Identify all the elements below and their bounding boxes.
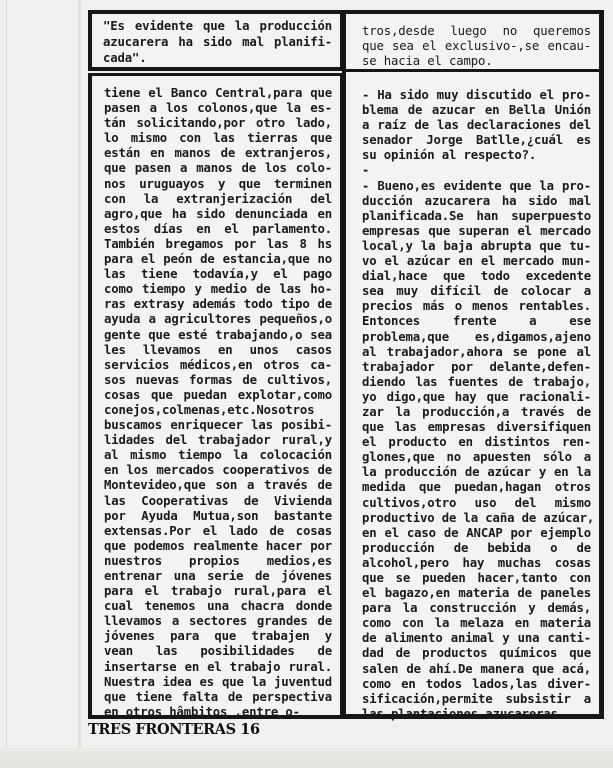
text-line: sos nuevas formas de cultivos, — [104, 373, 332, 388]
text-line: que pasen a manos de los colo- — [104, 161, 332, 176]
text-line: para la construcción y demás, — [362, 601, 591, 616]
interview-answer: - Bueno,es evidente que la pro-ducción a… — [362, 179, 591, 722]
text-line: están en manos de extranjeros, — [104, 146, 332, 161]
gutter-shadow — [78, 0, 81, 768]
text-line: que las empresas diversifiquen — [362, 420, 591, 435]
text-line: dial,hace que todo excedente — [362, 269, 591, 284]
text-line: Nuestra idea es que la juventud — [104, 675, 332, 690]
interview-question: - Ha sido muy discutido el pro-blema de … — [362, 88, 591, 163]
pull-quote-box: "Es evidente que la producciónazucarera … — [88, 10, 344, 71]
text-line: zar la producción,a través de — [362, 405, 591, 420]
text-line: cultivos,otro uso del mismo — [362, 496, 591, 511]
text-line: para el peón de estancia,que no — [104, 252, 332, 267]
text-line: gente que esté trabajando,o sea — [104, 328, 332, 343]
text-line: empresas que superan el mercado — [362, 224, 591, 239]
pull-quote-text: "Es evidente que la producciónazucarera … — [103, 18, 332, 66]
text-line: azucarera ha sido mal planifi- — [103, 34, 332, 50]
text-line: como tiempo y medio de las ho- — [104, 282, 332, 297]
text-line: a raíz de las declaraciones del — [362, 118, 591, 133]
left-column-box: tiene el Banco Central,para quepasen a l… — [88, 73, 344, 719]
text-line: lo mismo con las tierras que — [104, 131, 332, 146]
text-line: nos uruguayos y que terminen — [104, 177, 332, 192]
page-edge — [6, 0, 7, 768]
text-line: planificada.Se han superpuesto — [362, 209, 591, 224]
text-line: en el caso de ANCAP por ejemplo — [362, 526, 591, 541]
text-line: glones,que no apuesten sólo a — [362, 450, 591, 465]
text-line: diendo las fuentes de trabajo, — [362, 375, 591, 390]
text-line: conejos,colmenas,etc.Nosotros — [104, 403, 332, 418]
text-line: que se pueden hacer,tanto con — [362, 571, 591, 586]
text-line: - Bueno,es evidente que la pro- — [362, 179, 591, 194]
text-line: ducción azucarera ha sido mal — [362, 194, 591, 209]
text-line: las Cooperativas de Vivienda — [104, 494, 332, 509]
text-line: medida que puedan,hagan otros — [362, 480, 591, 495]
text-line: entrenar una serie de jóvenes — [104, 569, 332, 584]
text-line: llevamos a sectores grandes de — [104, 614, 332, 629]
text-line: para el trabajo rural,para el — [104, 584, 332, 599]
text-line: en los mercados cooperativos de — [104, 463, 332, 478]
text-line: en otros hâmbitos ,entre o- — [104, 705, 332, 720]
text-line: el bagazo,en materia de paneles — [362, 586, 591, 601]
text-line: cada". — [103, 50, 332, 66]
text-line: nuestros propios medios,es — [104, 554, 332, 569]
bottom-shade — [0, 748, 613, 768]
text-line: sea muy difícil de colocar a — [362, 284, 591, 299]
text-line: estos días en el parlamento. — [104, 222, 332, 237]
text-line: las tiene todavía,y el pago — [104, 267, 332, 282]
text-line: extensas.Por el lado de cosas — [104, 524, 332, 539]
text-line: su opinión al respecto?. — [362, 148, 591, 163]
text-line: alcohol,pero hay muchas cosas — [362, 556, 591, 571]
right-column-box: tros,desde luego no queremosque sea el e… — [342, 10, 604, 719]
text-line: como en todos lados,las diver- — [362, 677, 591, 692]
text-line: agro,que ha sido denunciada en — [104, 207, 332, 222]
text-line: "Es evidente que la producción — [103, 18, 332, 34]
left-column-text: tiene el Banco Central,para quepasen a l… — [104, 86, 332, 720]
text-line: las plantaciones azucareras. — [362, 707, 591, 722]
text-line: Entonces frente a ese — [362, 314, 591, 329]
text-line: se hacia el campo. — [362, 54, 591, 69]
text-line: dad de productos químicos que — [362, 646, 591, 661]
text-line: senador Jorge Batlle,¿cuál es — [362, 133, 591, 148]
text-line: Montevideo,que son a través de — [104, 478, 332, 493]
text-line: que tiene falta de perspectiva — [104, 690, 332, 705]
text-line: el producto en distintos ren- — [362, 435, 591, 450]
text-line: - Ha sido muy discutido el pro- — [362, 88, 591, 103]
text-line: salen de ahí.De manera que acá, — [362, 662, 591, 677]
text-line: al mismo tiempo la colocación — [104, 448, 332, 463]
text-line: vean las posibilidades de — [104, 644, 332, 659]
text-line: yo digo,que hay que racionali- — [362, 390, 591, 405]
text-line: tros,desde luego no queremos — [362, 24, 591, 39]
text-line: jóvenes para que trabajen y — [104, 629, 332, 644]
text-line: como con la melaza en materia — [362, 616, 591, 631]
text-line: producción de bebida o de — [362, 541, 591, 556]
text-line: vo el azúcar en el mercado mun- — [362, 254, 591, 269]
text-line: buscamos enriquecer las posibi- — [104, 418, 332, 433]
right-column-continuation: tros,desde luego no queremosque sea el e… — [346, 14, 599, 72]
separator-dash: - — [362, 163, 591, 178]
text-line: al trabajador,ahora se pone al — [362, 345, 591, 360]
text-line: pasen a los colonos,que la es- — [104, 101, 332, 116]
text-line: insertarse en el trabajo rural. — [104, 660, 332, 675]
text-line: ras extrasy además todo tipo de — [104, 297, 332, 312]
text-line: de alimento animal y una canti- — [362, 631, 591, 646]
text-line: que sea el exclusivo-,se encau- — [362, 39, 591, 54]
text-line: con la extranjerización del — [104, 192, 332, 207]
text-line: local,y la baja abrupta que tu- — [362, 239, 591, 254]
text-line: precios más o menos rentables. — [362, 299, 591, 314]
publication-footer: TRES FRONTERAS 16 — [88, 721, 260, 738]
text-line: la producción de azúcar y en la — [362, 465, 591, 480]
text-line: lidades del trabajador rural,y — [104, 433, 332, 448]
text-line: cual tenemos una chacra donde — [104, 599, 332, 614]
text-line: tiene el Banco Central,para que — [104, 86, 332, 101]
text-line: ayuda a agricultores pequeños,o — [104, 312, 332, 327]
text-line: que podemos realmente hacer por — [104, 539, 332, 554]
text-line: tán solicitando,por otro lado, — [104, 116, 332, 131]
right-column-interview: - Ha sido muy discutido el pro-blema de … — [346, 74, 599, 714]
text-line: trabajador por delante,defen- — [362, 360, 591, 375]
text-line: servicios médicos,en otros ca- — [104, 358, 332, 373]
text-line: productivo de la caña de azúcar, — [362, 511, 591, 526]
text-line: problema,que es,digamos,ajeno — [362, 330, 591, 345]
text-line: blema de azucar en Bella Unión — [362, 103, 591, 118]
text-line: sificación,permite subsistir a — [362, 692, 591, 707]
text-line: cosas que puedan explotar,como — [104, 388, 332, 403]
continuation-text: tros,desde luego no queremosque sea el e… — [362, 24, 591, 69]
text-line: por Ayuda Mutua,son bastante — [104, 509, 332, 524]
text-line: También bregamos por las 8 hs — [104, 237, 332, 252]
text-line: les llevamos en unos casos — [104, 343, 332, 358]
